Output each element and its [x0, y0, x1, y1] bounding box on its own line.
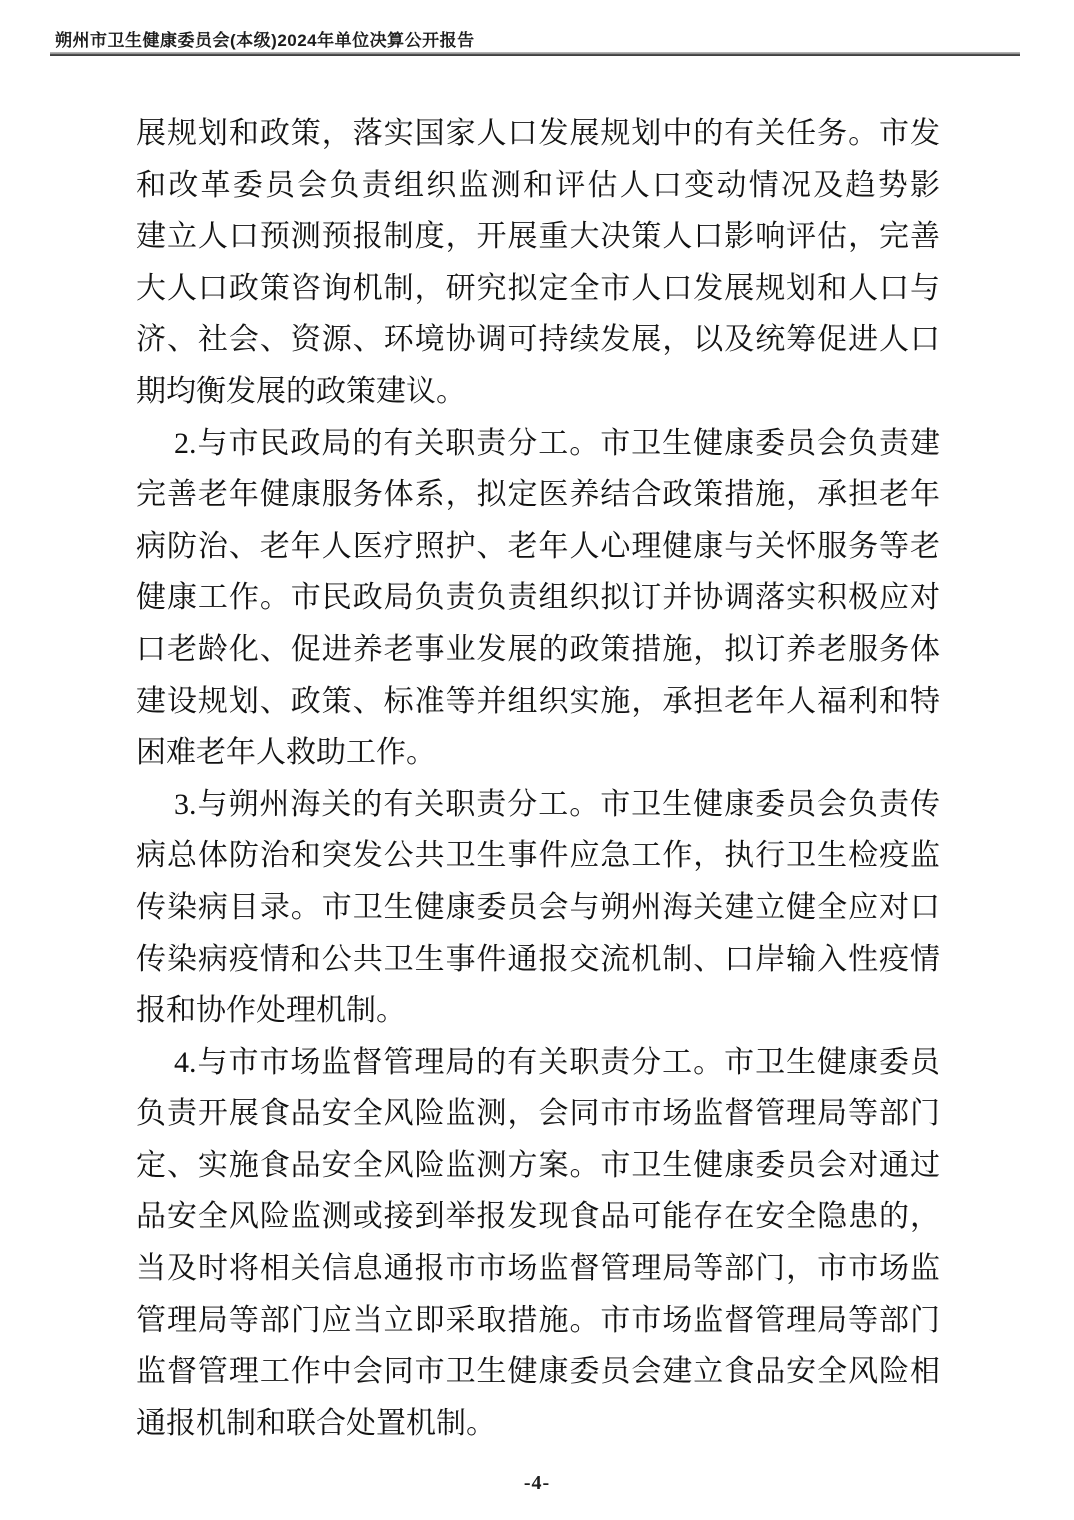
text-line: 建设规划、政策、标准等并组织实施，承担老年人福利和特殊 [136, 676, 940, 728]
text-line: 传染病目录。市卫生健康委员会与朔州海关建立健全应对口岸 [136, 882, 940, 934]
header-rule-divider [50, 52, 1020, 56]
text-line: 品安全风险监测或接到举报发现食品可能存在安全隐患的，应 [136, 1191, 940, 1243]
text-line: 监督管理工作中会同市卫生健康委员会建立食品安全风险相互 [136, 1346, 940, 1398]
paragraph: 展规划和政策，落实国家人口发展规划中的有关任务。市发展和改革委员会负责组织监测和… [136, 108, 940, 418]
text-line: 口老龄化、促进养老事业发展的政策措施，拟订养老服务体系 [136, 624, 940, 676]
text-line: 建立人口预测预报制度，开展重大决策人口影响评估，完善重 [136, 211, 940, 263]
text-line: 传染病疫情和公共卫生事件通报交流机制、口岸输入性疫情通 [136, 934, 940, 986]
text-line: 2.与市民政局的有关职责分工。市卫生健康委员会负责建立 [136, 418, 940, 470]
text-line: 病防治、老年人医疗照护、老年人心理健康与关怀服务等老年 [136, 521, 940, 573]
text-line: 报和协作处理机制。 [136, 985, 940, 1037]
text-line: 病总体防治和突发公共卫生事件应急工作，执行卫生检疫监测 [136, 830, 940, 882]
text-line: 管理局等部门应当立即采取措施。市市场监督管理局等部门在 [136, 1295, 940, 1347]
text-line: 困难老年人救助工作。 [136, 727, 940, 779]
text-line: 负责开展食品安全风险监测，会同市市场监督管理局等部门制 [136, 1088, 940, 1140]
text-line: 定、实施食品安全风险监测方案。市卫生健康委员会对通过食 [136, 1140, 940, 1192]
document-body: 展规划和政策，落实国家人口发展规划中的有关任务。市发展和改革委员会负责组织监测和… [136, 108, 940, 1449]
text-line: 大人口政策咨询机制，研究拟定全市人口发展规划和人口与经 [136, 263, 940, 315]
text-line: 期均衡发展的政策建议。 [136, 366, 940, 418]
text-line: 当及时将相关信息通报市市场监督管理局等部门，市市场监督 [136, 1243, 940, 1295]
text-line: 通报机制和联合处置机制。 [136, 1398, 940, 1450]
paragraph: 4.与市市场监督管理局的有关职责分工。市卫生健康委员会负责开展食品安全风险监测，… [136, 1037, 940, 1450]
document-footer: -4- [0, 1472, 1074, 1495]
paragraph: 3.与朔州海关的有关职责分工。市卫生健康委员会负责传染病总体防治和突发公共卫生事… [136, 779, 940, 1037]
paragraph: 2.与市民政局的有关职责分工。市卫生健康委员会负责建立完善老年健康服务体系，拟定… [136, 418, 940, 779]
text-line: 济、社会、资源、环境协调可持续发展，以及统筹促进人口长 [136, 314, 940, 366]
page-number: -4- [524, 1472, 550, 1494]
text-line: 展规划和政策，落实国家人口发展规划中的有关任务。市发展 [136, 108, 940, 160]
text-line: 4.与市市场监督管理局的有关职责分工。市卫生健康委员会 [136, 1037, 940, 1089]
text-line: 健康工作。市民政局负责负责组织拟订并协调落实积极应对人 [136, 572, 940, 624]
header-title: 朔州市卫生健康委员会(本级)2024年单位决算公开报告 [55, 26, 475, 51]
text-line: 和改革委员会负责组织监测和评估人口变动情况及趋势影响， [136, 160, 940, 212]
document-page: 朔州市卫生健康委员会(本级)2024年单位决算公开报告 展规划和政策，落实国家人… [0, 0, 1074, 1520]
text-line: 3.与朔州海关的有关职责分工。市卫生健康委员会负责传染 [136, 779, 940, 831]
text-line: 完善老年健康服务体系，拟定医养结合政策措施，承担老年疾 [136, 469, 940, 521]
